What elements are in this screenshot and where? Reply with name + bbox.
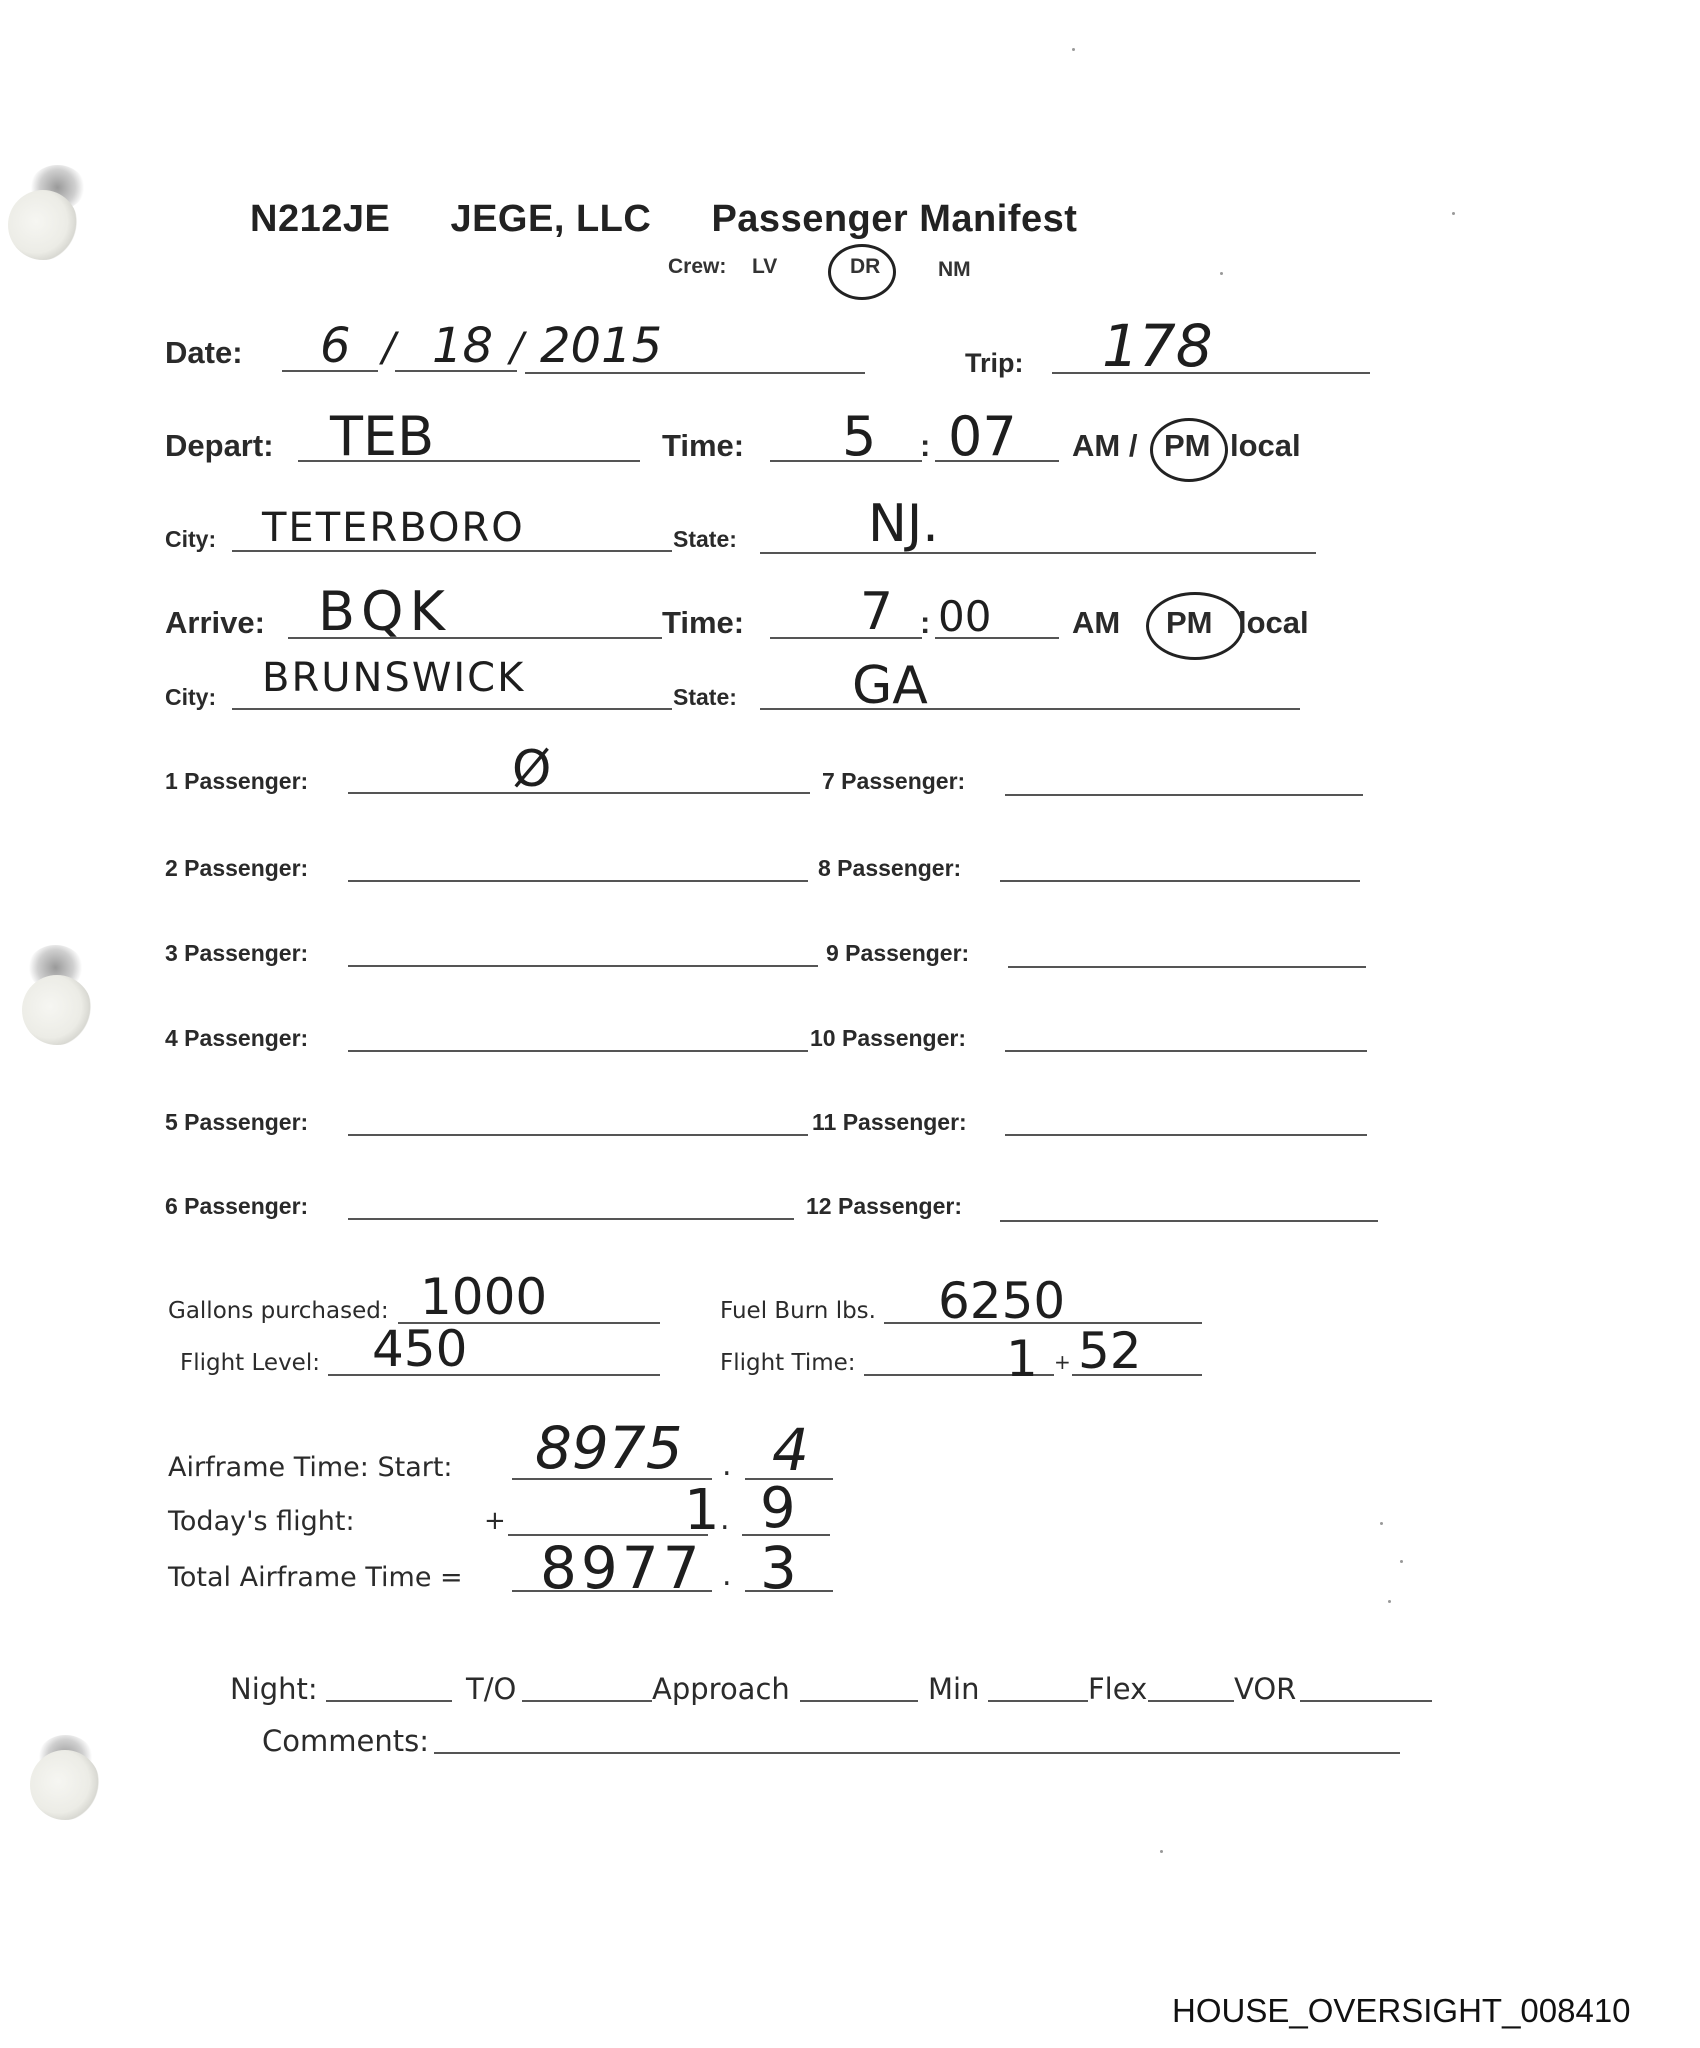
- scan-speck: [1072, 48, 1075, 51]
- total-airframe-tenth-value: 3: [760, 1534, 797, 1602]
- flight-level-value: 450: [372, 1320, 467, 1378]
- hole-punch-bottom: [30, 1750, 100, 1820]
- arrive-city-value: BRUNSWICK: [262, 655, 525, 701]
- arrive-hour-value: 7: [860, 582, 893, 642]
- depart-hour-value: 5: [842, 405, 876, 468]
- to-line[interactable]: [522, 1700, 652, 1702]
- passenger-6-label: 6 Passenger:: [165, 1193, 308, 1220]
- depart-state-value: NJ.: [868, 494, 939, 554]
- todays-flight-label: Today's flight:: [168, 1506, 355, 1537]
- date-sep-2: /: [510, 325, 523, 371]
- hole-punch-top: [8, 190, 78, 260]
- depart-time-label: Time:: [662, 428, 744, 464]
- passenger-2-label: 2 Passenger:: [165, 855, 308, 882]
- arrive-state-label: State:: [673, 684, 737, 711]
- arrive-local-label: local: [1238, 605, 1309, 641]
- passenger-4-label: 4 Passenger:: [165, 1025, 308, 1052]
- depart-minute-value: 07: [948, 405, 1017, 468]
- approach-label: Approach: [652, 1672, 790, 1706]
- todays-flight-dot: .: [720, 1502, 730, 1537]
- arrive-airport-value: BQK: [318, 580, 451, 643]
- passenger-7-line[interactable]: [1005, 794, 1363, 796]
- scan-speck: [1452, 212, 1455, 215]
- arrive-time-colon: :: [920, 605, 930, 641]
- vor-label: VOR: [1234, 1672, 1296, 1706]
- scan-speck: [1160, 1850, 1163, 1853]
- flex-line[interactable]: [1148, 1700, 1234, 1702]
- passenger-9-label: 9 Passenger:: [826, 940, 969, 967]
- arrive-pm-selected-circle: [1146, 592, 1244, 660]
- company-name: JEGE, LLC: [450, 198, 651, 240]
- gallons-purchased-value: 1000: [420, 1268, 547, 1326]
- date-year-value: 2015: [540, 318, 662, 374]
- depart-label: Depart:: [165, 428, 274, 464]
- to-label: T/O: [466, 1672, 516, 1706]
- passenger-2-line[interactable]: [348, 880, 808, 882]
- fuel-burn-label: Fuel Burn lbs.: [720, 1298, 876, 1324]
- arrive-label: Arrive:: [165, 605, 265, 641]
- flight-time-label: Flight Time:: [720, 1350, 856, 1376]
- date-label: Date:: [165, 335, 243, 371]
- flight-time-minutes-value: 52: [1078, 1322, 1142, 1380]
- passenger-11-label: 11 Passenger:: [812, 1109, 967, 1136]
- trip-number-value: 178: [1102, 312, 1213, 380]
- passenger-1-line[interactable]: [348, 792, 810, 794]
- bates-number: HOUSE_OVERSIGHT_008410: [1172, 1992, 1631, 2030]
- arrive-city-label: City:: [165, 684, 216, 711]
- comments-line[interactable]: [434, 1752, 1400, 1754]
- depart-am-label[interactable]: AM /: [1072, 428, 1137, 464]
- night-label: Night:: [230, 1672, 318, 1706]
- vor-line[interactable]: [1300, 1700, 1432, 1702]
- passenger-3-label: 3 Passenger:: [165, 940, 308, 967]
- scan-speck: [1380, 1522, 1383, 1525]
- arrive-city-line[interactable]: [232, 708, 672, 710]
- depart-local-label: local: [1230, 428, 1301, 464]
- total-airframe-whole-value: 8977: [540, 1534, 704, 1602]
- passenger-3-line[interactable]: [348, 965, 818, 967]
- flight-time-separator: +: [1054, 1350, 1071, 1374]
- todays-flight-plus: +: [484, 1506, 506, 1536]
- depart-time-colon: :: [920, 428, 930, 464]
- arrive-am-label[interactable]: AM: [1072, 605, 1120, 641]
- depart-pm-selected-circle: [1150, 418, 1228, 482]
- passenger-9-line[interactable]: [1008, 966, 1366, 968]
- night-line[interactable]: [326, 1700, 452, 1702]
- document-header: N212JE JEGE, LLC Passenger Manifest: [250, 198, 1077, 241]
- passenger-8-label: 8 Passenger:: [818, 855, 961, 882]
- depart-airport-value: TEB: [330, 405, 434, 468]
- airframe-start-whole-value: 8975: [535, 1414, 683, 1482]
- passenger-10-label: 10 Passenger:: [810, 1025, 966, 1052]
- arrive-hour-line[interactable]: [770, 637, 922, 639]
- total-airframe-dot: .: [722, 1558, 732, 1593]
- passenger-5-line[interactable]: [348, 1134, 808, 1136]
- todays-flight-tenth-value: 9: [760, 1476, 796, 1541]
- min-label: Min: [928, 1672, 979, 1706]
- flight-time-hours-value: 1: [1006, 1330, 1038, 1388]
- scan-speck: [1220, 272, 1223, 275]
- crew-selected-circle: [828, 244, 896, 300]
- passenger-10-line[interactable]: [1005, 1050, 1367, 1052]
- passenger-11-line[interactable]: [1005, 1134, 1367, 1136]
- airframe-start-label: Airframe Time: Start:: [168, 1452, 453, 1483]
- depart-city-label: City:: [165, 526, 216, 553]
- min-line[interactable]: [988, 1700, 1088, 1702]
- crew-label: Crew:: [668, 255, 726, 279]
- arrive-minute-value: 00: [938, 592, 991, 641]
- passenger-1-label: 1 Passenger:: [165, 768, 308, 795]
- passenger-5-label: 5 Passenger:: [165, 1109, 308, 1136]
- passenger-12-label: 12 Passenger:: [806, 1193, 962, 1220]
- total-airframe-label: Total Airframe Time =: [168, 1562, 463, 1593]
- airframe-start-dot: .: [722, 1448, 732, 1483]
- scan-speck: [1400, 1560, 1403, 1563]
- passenger-1-value: Ø: [512, 740, 551, 798]
- date-day-value: 18: [432, 318, 493, 374]
- tail-number: N212JE: [250, 198, 390, 240]
- depart-state-line[interactable]: [760, 552, 1316, 554]
- comments-label: Comments:: [262, 1724, 429, 1758]
- fuel-burn-value: 6250: [938, 1272, 1065, 1330]
- airframe-start-tenth-value: 4: [772, 1416, 809, 1484]
- scan-speck: [1388, 1600, 1391, 1603]
- trip-label: Trip:: [965, 348, 1024, 379]
- hole-punch-middle: [22, 975, 92, 1045]
- passenger-8-line[interactable]: [1000, 880, 1360, 882]
- flight-level-label: Flight Level:: [180, 1350, 320, 1376]
- crew-option-lv[interactable]: LV: [752, 255, 777, 279]
- approach-line[interactable]: [800, 1700, 918, 1702]
- arrive-time-label: Time:: [662, 605, 744, 641]
- passenger-12-line[interactable]: [1000, 1220, 1378, 1222]
- gallons-purchased-label: Gallons purchased:: [168, 1298, 389, 1324]
- arrive-state-value: GA: [852, 656, 928, 716]
- depart-state-label: State:: [673, 526, 737, 553]
- arrive-state-line[interactable]: [760, 708, 1300, 710]
- passenger-7-label: 7 Passenger:: [822, 768, 965, 795]
- date-sep-1: /: [382, 325, 395, 371]
- depart-city-value: TETERBORO: [262, 505, 525, 551]
- passenger-4-line[interactable]: [348, 1050, 808, 1052]
- date-month-value: 6: [320, 318, 351, 374]
- passenger-6-line[interactable]: [348, 1218, 794, 1220]
- document-title: Passenger Manifest: [711, 198, 1077, 240]
- crew-option-nm[interactable]: NM: [938, 258, 971, 282]
- flex-label: Flex: [1088, 1672, 1147, 1706]
